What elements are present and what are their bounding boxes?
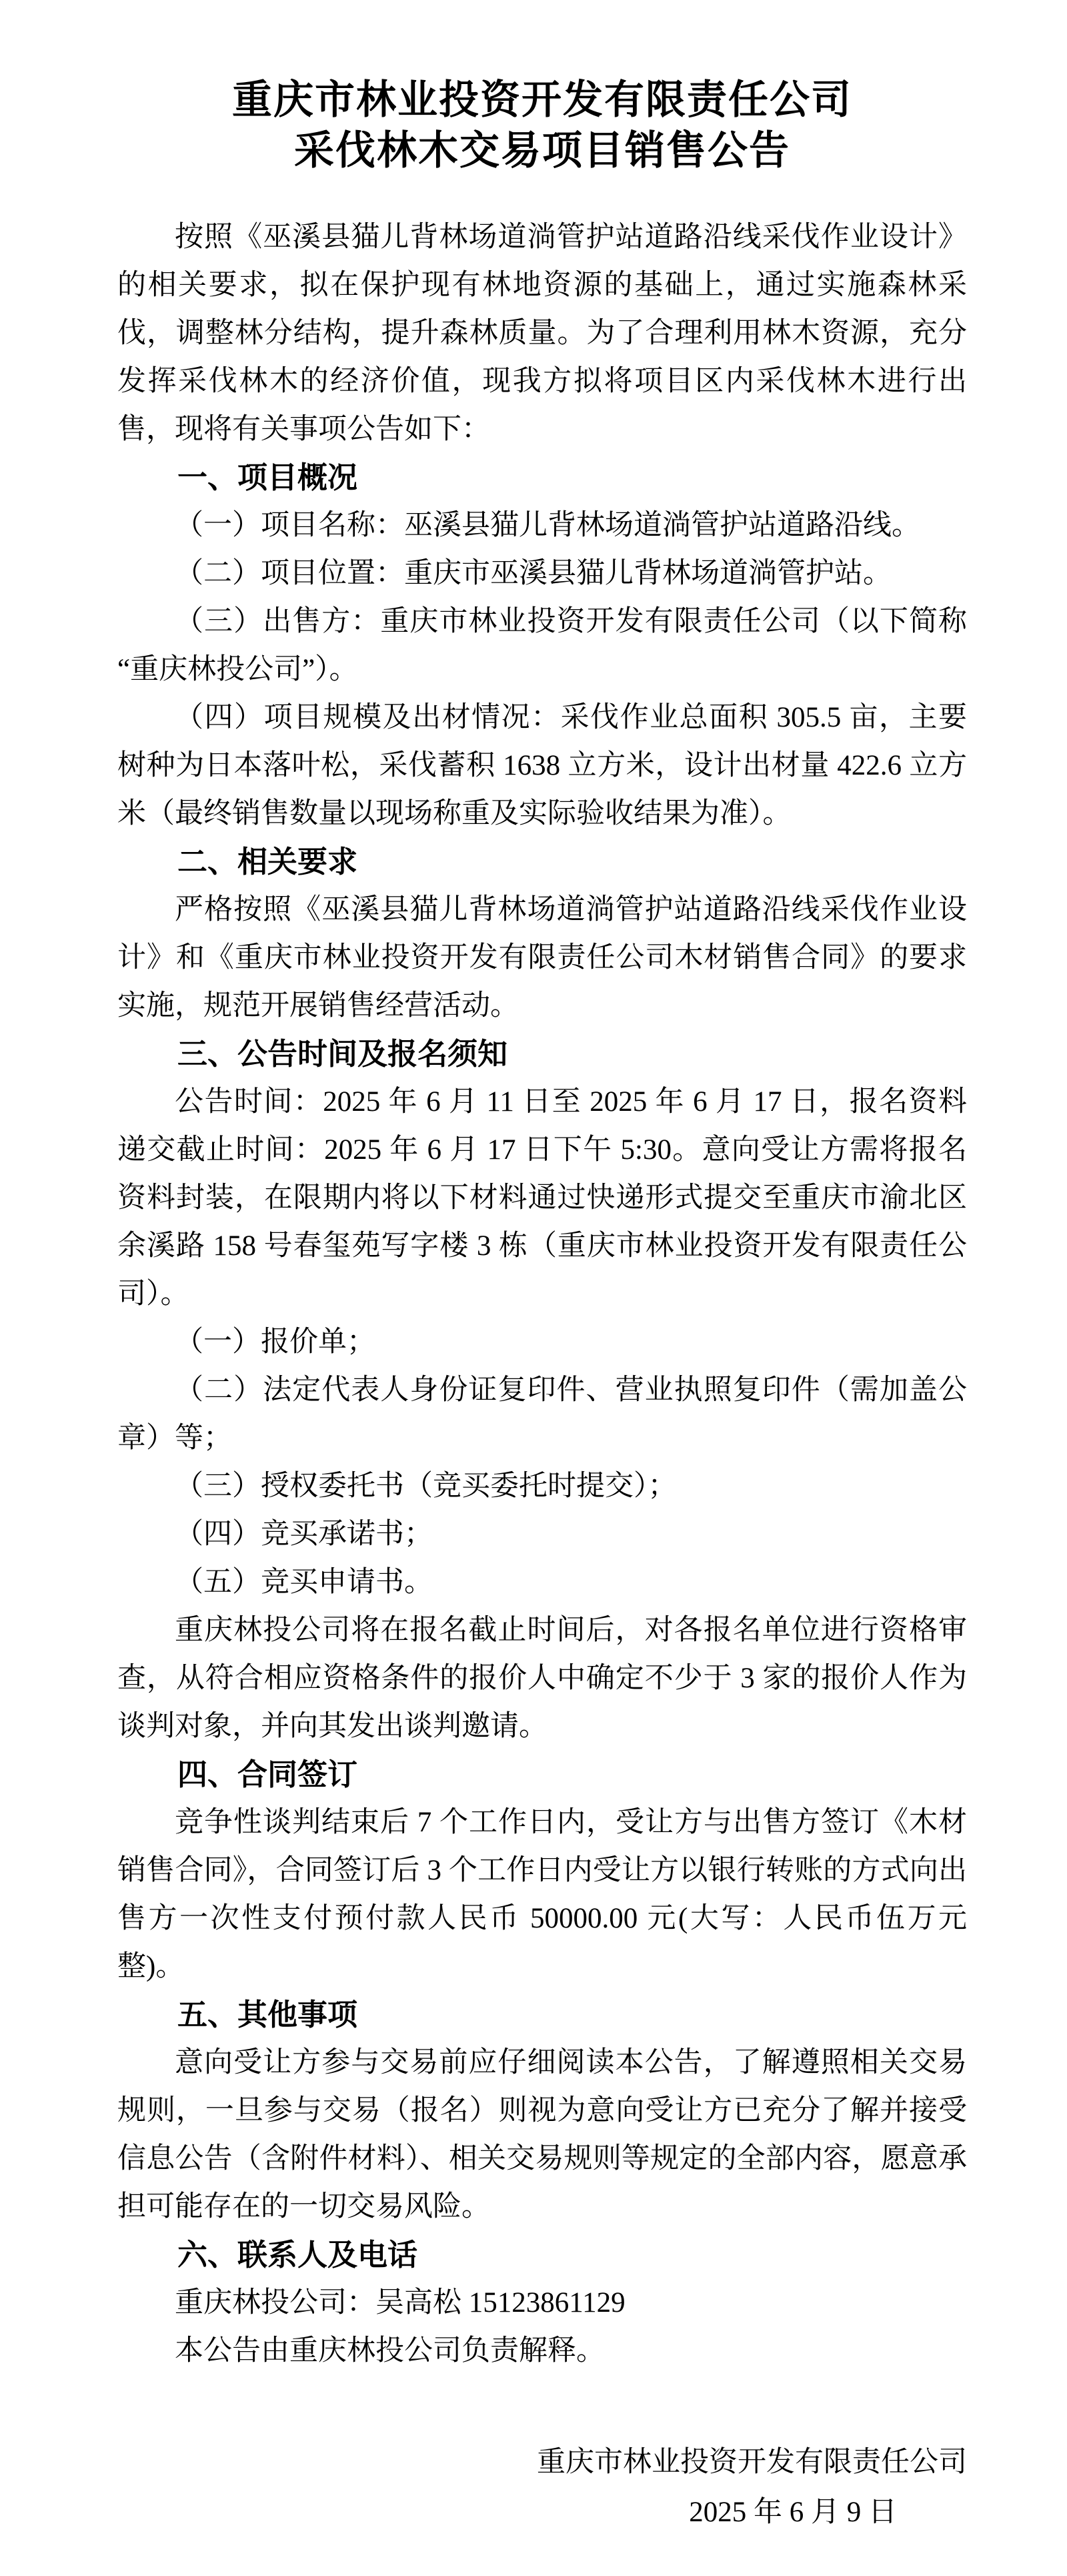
para-material-authorization: （三）授权委托书（竞买委托时提交）； <box>117 1462 967 1511</box>
heading-other-matters: 五、其他事项 <box>117 1991 967 2039</box>
heading-announcement-schedule: 三、公告时间及报名须知 <box>117 1030 967 1078</box>
para-schedule-and-submission: 公告时间：2025 年 6 月 11 日至 2025 年 6 月 17 日，报名… <box>117 1078 967 1318</box>
para-project-location: （二）项目位置：重庆市巫溪县猫儿背林场道淌管护站。 <box>117 550 967 598</box>
signature-date: 2025 年 6 月 9 日 <box>117 2489 967 2537</box>
para-interpretation-note: 本公告由重庆林投公司负责解释。 <box>117 2327 967 2375</box>
intro-paragraph: 按照《巫溪县猫儿背林场道淌管护站道路沿线采伐作业设计》的相关要求，拟在保护现有林… <box>117 213 967 454</box>
heading-requirements: 二、相关要求 <box>117 838 967 886</box>
para-requirements: 严格按照《巫溪县猫儿背林场道淌管护站道路沿线采伐作业设计》和《重庆市林业投资开发… <box>117 886 967 1030</box>
para-project-scale: （四）项目规模及出材情况：采伐作业总面积 305.5 亩，主要树种为日本落叶松，… <box>117 694 967 838</box>
heading-contact: 六、联系人及电话 <box>117 2231 967 2279</box>
para-material-application: （五）竞买申请书。 <box>117 1559 967 1607</box>
document-title-line-2: 采伐林木交易项目销售公告 <box>117 125 967 176</box>
para-project-name: （一）项目名称：巫溪县猫儿背林场道淌管护站道路沿线。 <box>117 502 967 550</box>
para-seller: （三）出售方：重庆市林业投资开发有限责任公司（以下简称“重庆林投公司”）。 <box>117 598 967 694</box>
document-title-line-1: 重庆市林业投资开发有限责任公司 <box>117 75 967 125</box>
heading-contract-signing: 四、合同签订 <box>117 1751 967 1799</box>
signature-block: 重庆市林业投资开发有限责任公司 2025 年 6 月 9 日 <box>117 2439 967 2537</box>
heading-project-overview: 一、项目概况 <box>117 454 967 502</box>
para-material-commitment: （四）竞买承诺书； <box>117 1511 967 1559</box>
signature-company: 重庆市林业投资开发有限责任公司 <box>117 2439 967 2487</box>
para-other-matters: 意向受让方参与交易前应仔细阅读本公告，了解遵照相关交易规则，一旦参与交易（报名）… <box>117 2039 967 2231</box>
para-material-id-and-license: （二）法定代表人身份证复印件、营业执照复印件（需加盖公章）等； <box>117 1366 967 1462</box>
document-title: 重庆市林业投资开发有限责任公司 采伐林木交易项目销售公告 <box>117 75 967 176</box>
announcement-document: 重庆市林业投资开发有限责任公司 采伐林木交易项目销售公告 按照《巫溪县猫儿背林场… <box>0 0 1067 2576</box>
para-material-quote-sheet: （一）报价单； <box>117 1318 967 1366</box>
para-qualification-review: 重庆林投公司将在报名截止时间后，对各报名单位进行资格审查，从符合相应资格条件的报… <box>117 1607 967 1751</box>
para-contract-signing: 竞争性谈判结束后 7 个工作日内，受让方与出售方签订《木材销售合同》，合同签订后… <box>117 1799 967 1991</box>
para-contact-person-phone: 重庆林投公司：吴高松 15123861129 <box>117 2279 967 2327</box>
